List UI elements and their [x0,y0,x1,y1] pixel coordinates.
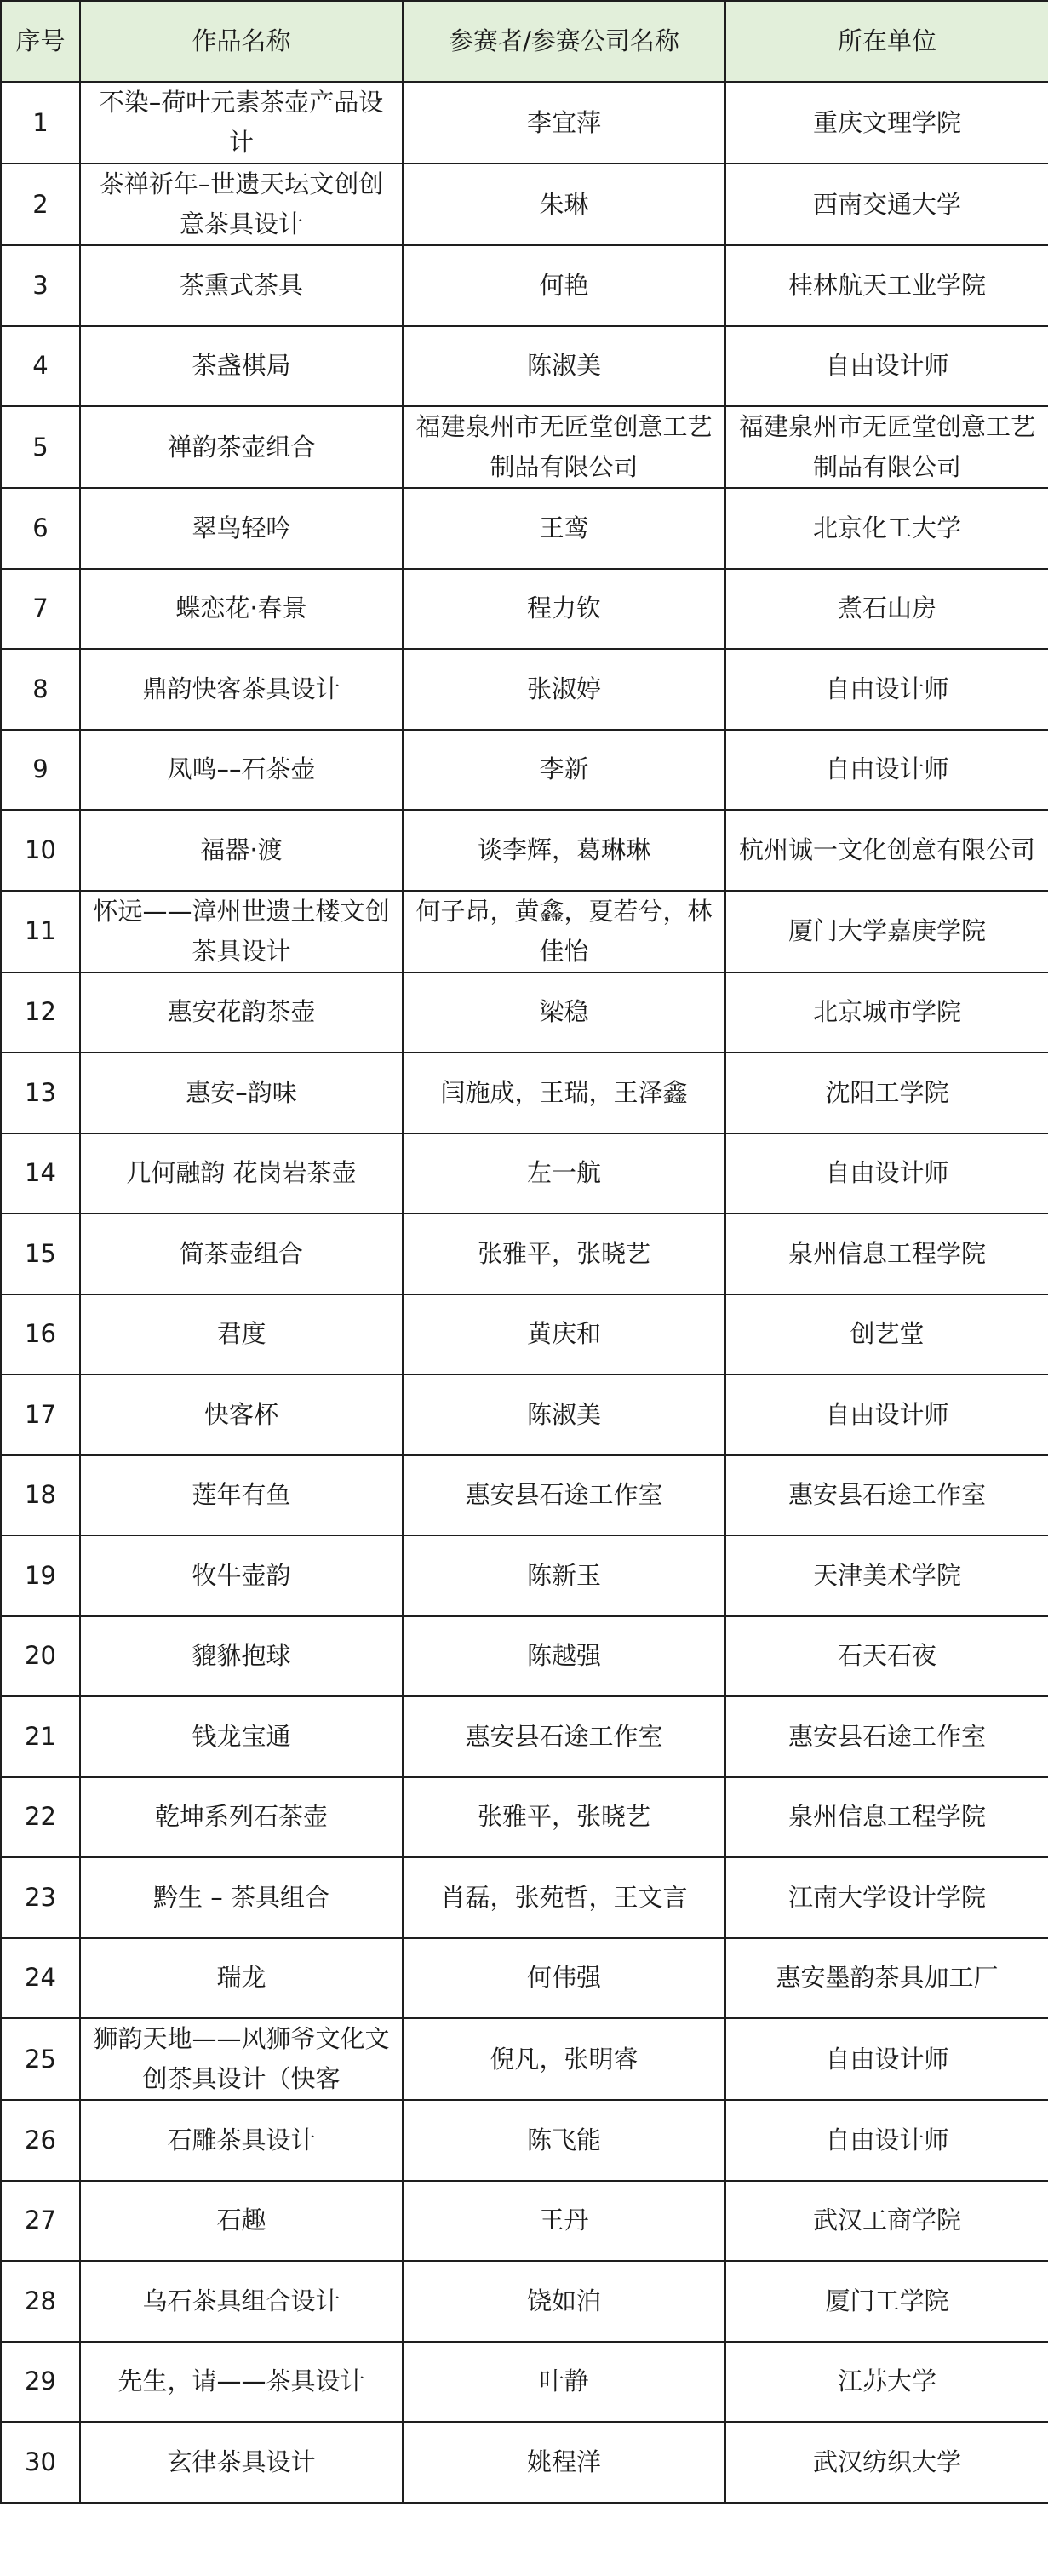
cell-work-title: 钱龙宝通 [80,1696,403,1777]
cell-work-title: 狮韵天地——风狮爷文化文创茶具设计（快客 [80,2018,403,2100]
cell-text: 自由设计师 [738,1153,1036,1193]
cell-affiliation: 煮石山房 [725,569,1048,650]
table-row: 12惠安花韵茶壶梁稳北京城市学院 [1,972,1048,1053]
cell-affiliation: 厦门大学嘉庚学院 [725,891,1048,972]
cell-text: 姚程洋 [415,2442,713,2482]
cell-work-title: 快客杯 [80,1374,403,1455]
cell-entrant: 陈越强 [403,1616,725,1697]
cell-affiliation: 江南大学设计学院 [725,1857,1048,1938]
cell-text: 王鸾 [415,508,713,548]
cell-work-title: 惠安–韵味 [80,1053,403,1133]
cell-text: 西南交通大学 [738,185,1036,225]
cell-number: 23 [1,1857,80,1938]
cell-text: 莲年有鱼 [93,1475,390,1515]
cell-affiliation: 惠安县石途工作室 [725,1696,1048,1777]
cell-text: 闫施成，王瑞，王泽鑫 [415,1073,713,1113]
cell-affiliation: 桂林航天工业学院 [725,245,1048,326]
cell-affiliation: 重庆文理学院 [725,82,1048,164]
cell-text: 沈阳工学院 [738,1073,1036,1113]
table-row: 21钱龙宝通惠安县石途工作室惠安县石途工作室 [1,1696,1048,1777]
cell-number: 29 [1,2342,80,2423]
cell-entrant: 张雅平，张晓艺 [403,1213,725,1294]
cell-number: 28 [1,2261,80,2342]
cell-text: 钱龙宝通 [93,1717,390,1757]
cell-affiliation: 沈阳工学院 [725,1053,1048,1133]
cell-text: 惠安–韵味 [93,1073,390,1113]
cell-text: 北京城市学院 [738,992,1036,1032]
cell-text: 福器·渡 [93,830,390,870]
cell-affiliation: 武汉工商学院 [725,2181,1048,2262]
table-row: 19牧牛壶韵陈新玉天津美术学院 [1,1535,1048,1616]
cell-affiliation: 自由设计师 [725,1133,1048,1214]
table-row: 8鼎韵快客茶具设计张淑婷自由设计师 [1,649,1048,730]
cell-text: 陈新玉 [415,1556,713,1596]
cell-number: 17 [1,1374,80,1455]
cell-affiliation: 厦门工学院 [725,2261,1048,2342]
cell-entrant: 饶如泊 [403,2261,725,2342]
cell-text: 惠安花韵茶壶 [93,992,390,1032]
cell-text: 何艳 [415,266,713,306]
cell-text: 貔貅抱球 [93,1636,390,1676]
cell-number: 19 [1,1535,80,1616]
cell-text: 鼎韵快客茶具设计 [93,669,390,709]
cell-entrant: 倪凡，张明睿 [403,2018,725,2100]
cell-number: 5 [1,406,80,488]
table-row: 16君度黄庆和创艺堂 [1,1294,1048,1375]
column-header-entrant: 参赛者/参赛公司名称 [403,1,725,82]
cell-text: 牧牛壶韵 [93,1556,390,1596]
cell-number: 9 [1,730,80,811]
cell-text: 天津美术学院 [738,1556,1036,1596]
table-body: 1不染–荷叶元素茶壶产品设计李宜萍重庆文理学院 2茶禅祈年–世遗天坛文创创意茶具… [1,82,1048,2503]
cell-entrant: 李新 [403,730,725,811]
table-row: 23黔生 – 茶具组合肖磊，张苑哲，王文言江南大学设计学院 [1,1857,1048,1938]
cell-number: 18 [1,1455,80,1536]
cell-entrant: 陈淑美 [403,1374,725,1455]
cell-number: 30 [1,2422,80,2503]
table-row: 29先生，请——茶具设计叶静江苏大学 [1,2342,1048,2423]
cell-text: 玄律茶具设计 [93,2442,390,2482]
cell-text: 黄庆和 [415,1314,713,1354]
cell-work-title: 茶盏棋局 [80,326,403,407]
cell-affiliation: 武汉纺织大学 [725,2422,1048,2503]
cell-number: 3 [1,245,80,326]
cell-entrant: 福建泉州市无匠堂创意工艺制品有限公司 [403,406,725,488]
cell-number: 8 [1,649,80,730]
cell-text: 陈飞能 [415,2120,713,2160]
cell-work-title: 石雕茶具设计 [80,2100,403,2181]
cell-entrant: 黄庆和 [403,1294,725,1375]
cell-affiliation: 泉州信息工程学院 [725,1213,1048,1294]
cell-text: 惠安县石途工作室 [738,1717,1036,1757]
cell-number: 21 [1,1696,80,1777]
cell-number: 20 [1,1616,80,1697]
cell-work-title: 凤鸣––石茶壶 [80,730,403,811]
cell-text: 蝶恋花·春景 [93,588,390,628]
cell-text: 谈李辉，葛琳琳 [415,830,713,870]
table-row: 13惠安–韵味闫施成，王瑞，王泽鑫沈阳工学院 [1,1053,1048,1133]
cell-work-title: 瑞龙 [80,1938,403,2019]
cell-affiliation: 惠安墨韵茶具加工厂 [725,1938,1048,2019]
cell-text: 倪凡，张明睿 [415,2040,713,2080]
cell-text: 凤鸣––石茶壶 [93,749,390,789]
cell-text: 程力钦 [415,588,713,628]
cell-entrant: 左一航 [403,1133,725,1214]
table-row: 7蝶恋花·春景程力钦煮石山房 [1,569,1048,650]
cell-text: 武汉纺织大学 [738,2442,1036,2482]
cell-text: 左一航 [415,1153,713,1193]
cell-text: 怀远——漳州世遗土楼文创茶具设计 [93,892,390,972]
cell-text: 惠安墨韵茶具加工厂 [738,1958,1036,1998]
cell-text: 自由设计师 [738,669,1036,709]
cell-affiliation: 自由设计师 [725,1374,1048,1455]
cell-text: 君度 [93,1314,390,1354]
cell-text: 惠安县石途工作室 [415,1717,713,1757]
cell-text: 何子昂，黄鑫，夏若兮，林佳怡 [415,892,713,972]
cell-work-title: 蝶恋花·春景 [80,569,403,650]
cell-text: 福建泉州市无匠堂创意工艺制品有限公司 [415,407,713,487]
table-row: 24瑞龙何伟强惠安墨韵茶具加工厂 [1,1938,1048,2019]
cell-text: 朱琳 [415,185,713,225]
cell-text: 禅韵茶壶组合 [93,427,390,468]
cell-work-title: 莲年有鱼 [80,1455,403,1536]
cell-text: 厦门工学院 [738,2281,1036,2321]
cell-work-title: 禅韵茶壶组合 [80,406,403,488]
cell-number: 10 [1,810,80,891]
cell-text: 翠鸟轻吟 [93,508,390,548]
cell-work-title: 怀远——漳州世遗土楼文创茶具设计 [80,891,403,972]
cell-affiliation: 江苏大学 [725,2342,1048,2423]
cell-text: 快客杯 [93,1395,390,1435]
cell-number: 4 [1,326,80,407]
cell-entrant: 王丹 [403,2181,725,2262]
cell-affiliation: 自由设计师 [725,2100,1048,2181]
cell-text: 何伟强 [415,1958,713,1998]
cell-number: 6 [1,488,80,569]
cell-text: 杭州诚一文化创意有限公司 [738,830,1036,870]
cell-entrant: 姚程洋 [403,2422,725,2503]
cell-text: 不染–荷叶元素茶壶产品设计 [93,83,390,163]
cell-text: 狮韵天地——风狮爷文化文创茶具设计（快客 [93,2019,390,2099]
table-row: 6翠鸟轻吟王鸾北京化工大学 [1,488,1048,569]
table-row: 20貔貅抱球陈越强石天石夜 [1,1616,1048,1697]
table-row: 5禅韵茶壶组合福建泉州市无匠堂创意工艺制品有限公司福建泉州市无匠堂创意工艺制品有… [1,406,1048,488]
cell-affiliation: 自由设计师 [725,326,1048,407]
cell-text: 自由设计师 [738,2120,1036,2160]
cell-entrant: 王鸾 [403,488,725,569]
cell-text: 煮石山房 [738,588,1036,628]
cell-text: 陈越强 [415,1636,713,1676]
cell-text: 石雕茶具设计 [93,2120,390,2160]
cell-affiliation: 杭州诚一文化创意有限公司 [725,810,1048,891]
cell-number: 22 [1,1777,80,1858]
cell-number: 1 [1,82,80,164]
cell-text: 泉州信息工程学院 [738,1797,1036,1837]
table-header-row: 序号 作品名称 参赛者/参赛公司名称 所在单位 [1,1,1048,82]
cell-number: 11 [1,891,80,972]
cell-text: 厦门大学嘉庚学院 [738,911,1036,951]
cell-work-title: 福器·渡 [80,810,403,891]
cell-number: 25 [1,2018,80,2100]
table-row: 3茶熏式茶具何艳桂林航天工业学院 [1,245,1048,326]
cell-work-title: 牧牛壶韵 [80,1535,403,1616]
cell-work-title: 石趣 [80,2181,403,2262]
cell-entrant: 梁稳 [403,972,725,1053]
cell-number: 27 [1,2181,80,2262]
cell-work-title: 惠安花韵茶壶 [80,972,403,1053]
cell-text: 江苏大学 [738,2361,1036,2401]
cell-text: 陈淑美 [415,346,713,386]
cell-text: 重庆文理学院 [738,103,1036,143]
cell-text: 黔生 – 茶具组合 [93,1878,390,1918]
table-row: 14几何融韵 花岗岩茶壶左一航自由设计师 [1,1133,1048,1214]
cell-entrant: 惠安县石途工作室 [403,1696,725,1777]
cell-work-title: 简茶壶组合 [80,1213,403,1294]
cell-text: 自由设计师 [738,2040,1036,2080]
cell-entrant: 闫施成，王瑞，王泽鑫 [403,1053,725,1133]
cell-text: 自由设计师 [738,1395,1036,1435]
cell-work-title: 先生，请——茶具设计 [80,2342,403,2423]
cell-affiliation: 石天石夜 [725,1616,1048,1697]
cell-entrant: 陈新玉 [403,1535,725,1616]
cell-number: 26 [1,2100,80,2181]
table-row: 9凤鸣––石茶壶李新自由设计师 [1,730,1048,811]
cell-text: 王丹 [415,2200,713,2240]
table-row: 26石雕茶具设计陈飞能自由设计师 [1,2100,1048,2181]
cell-work-title: 貔貅抱球 [80,1616,403,1697]
cell-number: 14 [1,1133,80,1214]
cell-text: 自由设计师 [738,749,1036,789]
table-row: 25狮韵天地——风狮爷文化文创茶具设计（快客倪凡，张明睿自由设计师 [1,2018,1048,2100]
cell-affiliation: 福建泉州市无匠堂创意工艺制品有限公司 [725,406,1048,488]
cell-number: 24 [1,1938,80,2019]
cell-text: 茶禅祈年–世遗天坛文创创意茶具设计 [93,164,390,244]
cell-text: 自由设计师 [738,346,1036,386]
cell-text: 惠安县石途工作室 [738,1475,1036,1515]
cell-number: 7 [1,569,80,650]
cell-text: 梁稳 [415,992,713,1032]
table-row: 17快客杯陈淑美自由设计师 [1,1374,1048,1455]
table-row: 22乾坤系列石茶壶张雅平，张晓艺泉州信息工程学院 [1,1777,1048,1858]
cell-work-title: 翠鸟轻吟 [80,488,403,569]
table-row: 11怀远——漳州世遗土楼文创茶具设计何子昂，黄鑫，夏若兮，林佳怡厦门大学嘉庚学院 [1,891,1048,972]
cell-number: 16 [1,1294,80,1375]
cell-text: 茶熏式茶具 [93,266,390,306]
cell-work-title: 乌石茶具组合设计 [80,2261,403,2342]
cell-number: 12 [1,972,80,1053]
cell-affiliation: 自由设计师 [725,2018,1048,2100]
cell-work-title: 乾坤系列石茶壶 [80,1777,403,1858]
cell-text: 李新 [415,749,713,789]
cell-affiliation: 天津美术学院 [725,1535,1048,1616]
cell-entrant: 惠安县石途工作室 [403,1455,725,1536]
table-row: 30玄律茶具设计姚程洋武汉纺织大学 [1,2422,1048,2503]
cell-entrant: 肖磊，张苑哲，王文言 [403,1857,725,1938]
cell-text: 瑞龙 [93,1958,390,1998]
cell-text: 肖磊，张苑哲，王文言 [415,1878,713,1918]
cell-text: 李宜萍 [415,103,713,143]
table-row: 10福器·渡谈李辉，葛琳琳杭州诚一文化创意有限公司 [1,810,1048,891]
cell-text: 江南大学设计学院 [738,1878,1036,1918]
cell-work-title: 茶禅祈年–世遗天坛文创创意茶具设计 [80,164,403,245]
table-row: 15简茶壶组合张雅平，张晓艺泉州信息工程学院 [1,1213,1048,1294]
cell-entrant: 何子昂，黄鑫，夏若兮，林佳怡 [403,891,725,972]
cell-entrant: 何艳 [403,245,725,326]
cell-text: 石趣 [93,2200,390,2240]
cell-text: 张雅平，张晓艺 [415,1797,713,1837]
column-header-number: 序号 [1,1,80,82]
cell-text: 张淑婷 [415,669,713,709]
cell-affiliation: 北京化工大学 [725,488,1048,569]
cell-entrant: 张雅平，张晓艺 [403,1777,725,1858]
cell-number: 13 [1,1053,80,1133]
cell-affiliation: 自由设计师 [725,730,1048,811]
cell-entrant: 程力钦 [403,569,725,650]
column-header-affiliation: 所在单位 [725,1,1048,82]
cell-work-title: 不染–荷叶元素茶壶产品设计 [80,82,403,164]
cell-text: 陈淑美 [415,1395,713,1435]
table-row: 18莲年有鱼惠安县石途工作室惠安县石途工作室 [1,1455,1048,1536]
cell-work-title: 几何融韵 花岗岩茶壶 [80,1133,403,1214]
cell-work-title: 君度 [80,1294,403,1375]
table-row: 2茶禅祈年–世遗天坛文创创意茶具设计朱琳西南交通大学 [1,164,1048,245]
cell-text: 石天石夜 [738,1636,1036,1676]
cell-work-title: 玄律茶具设计 [80,2422,403,2503]
cell-affiliation: 惠安县石途工作室 [725,1455,1048,1536]
cell-number: 15 [1,1213,80,1294]
cell-entrant: 陈淑美 [403,326,725,407]
cell-entrant: 谈李辉，葛琳琳 [403,810,725,891]
cell-text: 惠安县石途工作室 [415,1475,713,1515]
cell-number: 2 [1,164,80,245]
table-row: 1不染–荷叶元素茶壶产品设计李宜萍重庆文理学院 [1,82,1048,164]
cell-work-title: 鼎韵快客茶具设计 [80,649,403,730]
cell-text: 武汉工商学院 [738,2200,1036,2240]
cell-text: 几何融韵 花岗岩茶壶 [93,1153,390,1193]
cell-text: 简茶壶组合 [93,1234,390,1274]
cell-work-title: 茶熏式茶具 [80,245,403,326]
cell-affiliation: 北京城市学院 [725,972,1048,1053]
cell-entrant: 陈飞能 [403,2100,725,2181]
column-header-work-title: 作品名称 [80,1,403,82]
cell-work-title: 黔生 – 茶具组合 [80,1857,403,1938]
cell-entrant: 张淑婷 [403,649,725,730]
cell-text: 先生，请——茶具设计 [93,2361,390,2401]
cell-text: 创艺堂 [738,1314,1036,1354]
cell-entrant: 李宜萍 [403,82,725,164]
cell-affiliation: 自由设计师 [725,649,1048,730]
cell-text: 乌石茶具组合设计 [93,2281,390,2321]
cell-text: 北京化工大学 [738,508,1036,548]
cell-text: 张雅平，张晓艺 [415,1234,713,1274]
cell-entrant: 叶静 [403,2342,725,2423]
table-row: 28乌石茶具组合设计饶如泊厦门工学院 [1,2261,1048,2342]
table-row: 27石趣王丹武汉工商学院 [1,2181,1048,2262]
cell-text: 饶如泊 [415,2281,713,2321]
cell-affiliation: 西南交通大学 [725,164,1048,245]
cell-affiliation: 泉州信息工程学院 [725,1777,1048,1858]
cell-text: 桂林航天工业学院 [738,266,1036,306]
cell-text: 乾坤系列石茶壶 [93,1797,390,1837]
cell-text: 茶盏棋局 [93,346,390,386]
cell-affiliation: 创艺堂 [725,1294,1048,1375]
table-row: 4茶盏棋局陈淑美自由设计师 [1,326,1048,407]
cell-text: 泉州信息工程学院 [738,1234,1036,1274]
cell-entrant: 朱琳 [403,164,725,245]
cell-text: 福建泉州市无匠堂创意工艺制品有限公司 [738,407,1036,487]
entries-table: 序号 作品名称 参赛者/参赛公司名称 所在单位 1不染–荷叶元素茶壶产品设计李宜… [0,0,1048,2504]
cell-entrant: 何伟强 [403,1938,725,2019]
cell-text: 叶静 [415,2361,713,2401]
